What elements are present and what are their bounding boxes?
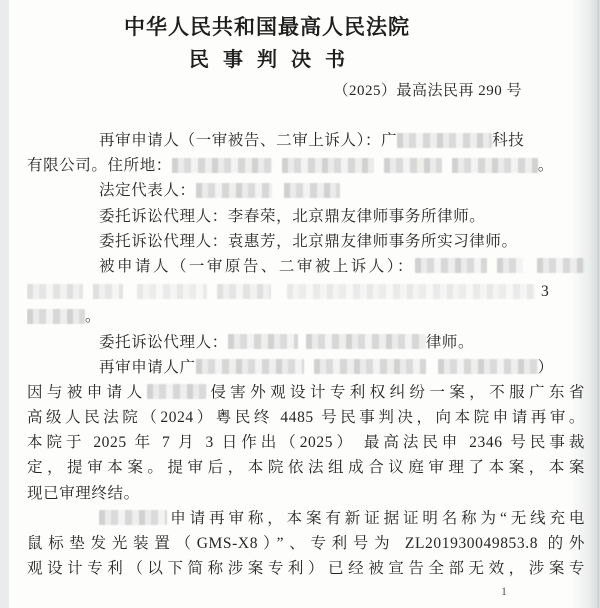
text-segment: 律师。 [426, 334, 474, 351]
text-segment: 再审申请人广 [99, 359, 196, 376]
redaction-block [27, 284, 83, 299]
redaction-block [27, 309, 85, 324]
redaction-gap [523, 270, 537, 271]
respondent-line-2: 3 [27, 279, 585, 304]
text-segment: 委托诉讼代理人： [99, 334, 228, 351]
text-segment: ） [538, 359, 554, 376]
respondent-line-1: 被申请人（一审原告、二审被上诉人）： [27, 254, 585, 279]
judgment-document-page: 中华人民共和国最高人民法院 民事判决书 （2025）最高法民再 290 号 再审… [0, 0, 600, 608]
redaction-block [284, 183, 340, 198]
redaction-gap [374, 169, 384, 170]
text-segment: 再审申请人（一审被告、二审上诉人）：广 [99, 132, 397, 149]
redaction-gap [123, 295, 137, 296]
redaction-block [287, 284, 535, 299]
redaction-gap [298, 346, 306, 347]
text-segment: 法定代表人： [99, 182, 196, 199]
text-segment: 定，提审本案。提审后，本院依法组成合议庭审理了本案，本案 [27, 459, 585, 476]
text-segment: 申请再审称，本案有新证据证明名称为“无线充电 [167, 510, 585, 527]
claim-line-3: 观设计专利（以下简称涉案专利）已经被宣告全部无效，涉案专 [27, 556, 585, 581]
document-type-title: 民事判决书 [0, 43, 548, 72]
text-segment: 现已审理终结。 [27, 485, 140, 502]
claim-line-1: 申请再审称，本案有新证据证明名称为“无线充电 [27, 506, 585, 531]
redaction-gap [271, 295, 287, 296]
text-segment: 鼠标垫发光装置（GMS-X8）”、专利号为 ZL201930049853.8 的… [27, 535, 585, 552]
text-segment: 委托诉讼代理人：袁惠芳，北京鼎友律师事务所实习律师。 [99, 233, 518, 250]
text-segment: 侵害外观设计专利权纠纷一案，不服广东省 [207, 384, 585, 401]
respondent-line-3: 。 [27, 304, 585, 329]
redaction-block [497, 258, 523, 273]
redaction-block [137, 284, 207, 299]
redaction-gap [207, 295, 217, 296]
redaction-block [314, 359, 426, 374]
case-intro-line-4: 本院于 2025 年 7 月 3 日作出（2025） 最高法民申 2346 号民… [27, 430, 585, 455]
text-segment: 因与被申请人 [27, 384, 147, 401]
redaction-block [93, 284, 123, 299]
redaction-block [228, 334, 298, 349]
case-intro-line-1: 再审申请人广） [27, 355, 585, 380]
reexam-applicant-line-2: 有限公司。住所地：。 [27, 153, 585, 178]
redaction-block [384, 158, 442, 173]
page-number: 1 [501, 584, 507, 599]
text-segment: 科技 [492, 132, 524, 149]
case-intro-line-5: 定，提审本案。提审后，本院依法组成合议庭审理了本案，本案 [27, 455, 585, 480]
redaction-gap [442, 169, 452, 170]
case-intro-line-6: 现已审理终结。 [27, 481, 585, 506]
redaction-gap [272, 169, 282, 170]
redaction-gap [304, 371, 314, 372]
redaction-block [147, 384, 207, 399]
text-segment: 委托诉讼代理人：李春荣，北京鼎友律师事务所律师。 [99, 208, 485, 225]
redaction-block [282, 158, 374, 173]
text-segment: 本院于 2025 年 7 月 3 日作出（2025） 最高法民申 2346 号民… [27, 434, 585, 451]
redaction-block [452, 158, 538, 173]
text-segment: 有限公司。住所地： [27, 157, 172, 174]
court-name-title: 中华人民共和国最高人民法院 [0, 11, 534, 41]
redaction-gap [272, 194, 284, 195]
redaction-block [438, 359, 538, 374]
text-segment: 。 [85, 308, 101, 325]
document-body: 再审申请人（一审被告、二审上诉人）：广科技有限公司。住所地：。法定代表人：委托诉… [27, 128, 585, 581]
claim-line-2: 鼠标垫发光装置（GMS-X8）”、专利号为 ZL201930049853.8 的… [27, 531, 585, 556]
redaction-block [537, 258, 585, 273]
redaction-block [397, 133, 492, 148]
text-segment: 3 [541, 283, 549, 300]
text-segment: 高级人民法院（2024）粤民终 4485 号民事判决，向本院申请再审。 [27, 409, 585, 426]
text-segment: 被申请人（一审原告、二审被上诉人）： [99, 258, 415, 275]
redaction-block [217, 284, 271, 299]
redaction-gap [83, 295, 93, 296]
reexam-applicant-line-1: 再审申请人（一审被告、二审上诉人）：广科技 [27, 128, 585, 153]
case-intro-line-3: 高级人民法院（2024）粤民终 4485 号民事判决，向本院申请再审。 [27, 405, 585, 430]
legal-representative-line: 法定代表人： [27, 178, 585, 203]
redaction-block [415, 258, 487, 273]
redaction-block [196, 183, 272, 198]
text-segment: 。 [538, 157, 554, 174]
litigation-agent-line-2: 委托诉讼代理人：袁惠芳，北京鼎友律师事务所实习律师。 [27, 229, 585, 254]
redaction-gap [426, 371, 438, 372]
redaction-block [306, 334, 426, 349]
respondent-agent-line: 委托诉讼代理人：律师。 [27, 330, 585, 355]
redaction-block [99, 510, 167, 525]
litigation-agent-line-1: 委托诉讼代理人：李春荣，北京鼎友律师事务所律师。 [27, 204, 585, 229]
case-intro-line-2: 因与被申请人侵害外观设计专利权纠纷一案，不服广东省 [27, 380, 585, 405]
text-segment: 观设计专利（以下简称涉案专利）已经被宣告全部无效，涉案专 [27, 560, 585, 577]
redaction-gap [487, 270, 497, 271]
redaction-block [172, 158, 272, 173]
redaction-block [196, 359, 304, 374]
case-number: （2025）最高法民再 290 号 [0, 79, 522, 100]
